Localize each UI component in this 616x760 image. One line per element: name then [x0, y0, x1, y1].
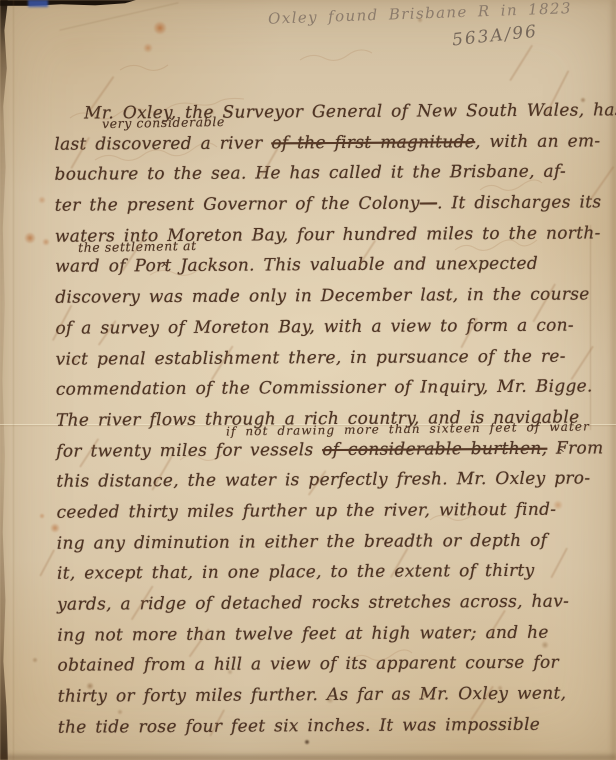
- foxing-stain: [86, 682, 94, 690]
- ink-text: ward of Port Jackson. This valuable and …: [55, 254, 538, 277]
- foxing-stain: [304, 739, 310, 745]
- reference-number: 563A/96: [451, 22, 539, 51]
- ink-text: ing not more than twelve feet at high wa…: [57, 622, 549, 645]
- ink-text: ter the present Governor of the Colony: [55, 194, 420, 216]
- ink-bleedthrough-stroke: [509, 45, 533, 81]
- manuscript-line: the tide rose four feet six inches. It w…: [58, 709, 616, 743]
- ink-text: yards, a ridge of detached rocks stretch…: [57, 592, 569, 615]
- struck-text: of the first magnitude: [271, 132, 475, 153]
- manuscript-page: Oxley found Brisbane R in 1823 563A/96 M…: [0, 0, 616, 760]
- ink-text: vict penal establishment there, in pursu…: [56, 346, 566, 369]
- ink-text: commendation of the Commissioner of Inqu…: [56, 377, 593, 400]
- ink-text: discovery was made only in December last…: [55, 285, 590, 308]
- foxing-stain: [227, 669, 233, 675]
- manuscript-line: ing any diminution in either the breadth…: [57, 525, 616, 559]
- struck-text: —: [420, 193, 437, 213]
- ink-text: last discovered a river: [54, 133, 271, 154]
- foxing-stain: [143, 43, 153, 53]
- foxing-stain: [541, 641, 549, 649]
- ink-text: the tide rose four feet six inches. It w…: [58, 715, 540, 738]
- ink-text: bouchure to the sea. He has called it th…: [54, 162, 566, 185]
- foxing-stain: [497, 685, 503, 691]
- manuscript-line: commendation of the Commissioner of Inqu…: [56, 371, 616, 405]
- ink-text: . It discharges its: [437, 192, 601, 213]
- foxing-stain: [50, 523, 60, 533]
- insertion-very-considerable: very considerable: [102, 114, 225, 131]
- paper-top-edge: [0, 0, 136, 6]
- ink-text: obtained from a hill a view of its appar…: [57, 653, 559, 676]
- manuscript-line: ter the present Governor of the Colony—.…: [55, 187, 615, 221]
- manuscript-line: for twenty miles for vessels of consider…: [56, 433, 616, 467]
- foxing-stain: [153, 21, 167, 35]
- ink-text: ceeded thirty miles further up the river…: [57, 500, 557, 523]
- foxing-stain: [326, 696, 334, 704]
- manuscript-line: thirty or forty miles further. As far as…: [58, 678, 616, 712]
- struck-text: of considerable burthen,: [322, 438, 547, 459]
- foxing-stain: [209, 109, 215, 115]
- foxing-stain: [422, 692, 428, 698]
- foxing-stain: [39, 513, 45, 519]
- manuscript-line: ing not more than twelve feet at high wa…: [57, 617, 616, 651]
- foxing-stain: [71, 356, 79, 364]
- foxing-stain: [580, 97, 586, 103]
- manuscript-line: of a survey of Moreton Bay, with a view …: [55, 310, 615, 344]
- ink-text: of a survey of Moreton Bay, with a view …: [55, 315, 574, 338]
- paper-left-edge: [0, 0, 8, 760]
- foxing-stain: [42, 238, 50, 246]
- manuscript-line: vict penal establishment there, in pursu…: [56, 341, 616, 375]
- manuscript-line: ceeded thirty miles further up the river…: [56, 494, 616, 528]
- manuscript-line: discovery was made only in December last…: [55, 279, 615, 313]
- manuscript-text: Mr. Oxley, the Surveyor General of New S…: [54, 95, 616, 743]
- foxing-stain: [24, 232, 36, 244]
- foxing-stain: [32, 657, 38, 663]
- caret-mark: ^: [556, 447, 565, 460]
- manuscript-line: it, except that, in one place, to the ex…: [57, 556, 616, 590]
- pencil-annotation: Oxley found Brisbane R in 1823: [268, 0, 598, 28]
- caret-mark: ^: [160, 262, 169, 275]
- vertical-fold-crease: [13, 0, 14, 760]
- manuscript-line: obtained from a hill a view of its appar…: [57, 648, 616, 682]
- manuscript-line: this distance, the water is perfectly fr…: [56, 464, 616, 498]
- manuscript-line: last discovered a river of the first mag…: [54, 126, 614, 160]
- ink-text: ing any diminution in either the breadth…: [57, 530, 548, 553]
- blue-ink-mark: [28, 0, 48, 7]
- foxing-stain: [117, 709, 123, 715]
- foxing-stain: [417, 17, 423, 23]
- foxing-stain: [38, 196, 46, 204]
- ink-bleedthrough-stroke: [39, 549, 54, 576]
- manuscript-line: bouchure to the sea. He has called it th…: [54, 157, 614, 191]
- paper-bottom-edge: [0, 755, 616, 760]
- ink-text: it, except that, in one place, to the ex…: [57, 561, 535, 584]
- foxing-stain: [553, 500, 563, 510]
- ink-text: , with an em-: [475, 131, 600, 152]
